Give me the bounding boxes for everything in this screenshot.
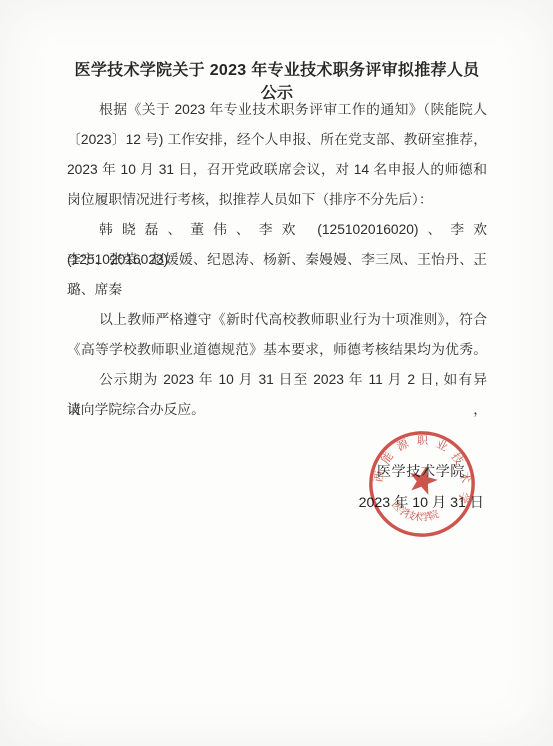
paragraph-line: 璐、席秦 — [67, 275, 487, 305]
official-seal-stamp: 陕西能源职业技术学院 医学技术学院 — [354, 416, 490, 552]
seal-inner-text: 医学技术学院 — [387, 496, 444, 529]
document-page: 医学技术学院关于 2023 年专业技术职务评审拟推荐人员公示 根据《关于 202… — [0, 0, 553, 746]
paragraph-line: 根据《关于 2023 年专业技术职务评审工作的通知》（陕能院人 — [67, 95, 487, 125]
paragraph: 公示期为 2023 年 10 月 31 日至 2023 年 11 月 2 日, … — [67, 365, 487, 425]
paragraph: 以上教师严格遵守《新时代高校教师职业行为十项准则》，符合 《高等学校教师职业道德… — [67, 305, 487, 365]
paragraph-line: 2023 年 10 月 31 日，召开党政联席会议，对 14 名申报人的师德和 — [67, 155, 487, 185]
paragraph-line: 《高等学校教师职业道德规范》基本要求，师德考核结果均为优秀。 — [67, 335, 487, 365]
paragraph-line: 岗位履职情况进行考核，拟推荐人员如下（排序不分先后）： — [67, 185, 487, 215]
document-body: 根据《关于 2023 年专业技术职务评审工作的通知》（陕能院人 〔2023〕12… — [67, 95, 487, 425]
paragraph-line: 韩晓磊、董伟、李欢 (125102016020)、李欢 (12510201602… — [67, 215, 487, 245]
paragraph-line: 〔2023〕12 号) 工作安排，经个人申报、所在党支部、教研室推荐， — [67, 125, 487, 155]
seal-graphic: 陕西能源职业技术学院 医学技术学院 — [354, 416, 490, 552]
paragraph-line: 公示期为 2023 年 10 月 31 日至 2023 年 11 月 2 日, … — [67, 365, 487, 395]
paragraph-line: 以上教师严格遵守《新时代高校教师职业行为十项准则》，符合 — [67, 305, 487, 335]
svg-text:医学技术学院: 医学技术学院 — [387, 496, 444, 529]
star-icon — [406, 463, 440, 496]
paragraph: 韩晓磊、董伟、李欢 (125102016020)、李欢 (12510201602… — [67, 215, 487, 305]
paragraph-line: 李宁、张荣、赵媛媛、纪恩涛、杨新、秦嫚嫚、李三凤、王怡丹、王 — [67, 245, 487, 275]
paragraph: 根据《关于 2023 年专业技术职务评审工作的通知》（陕能院人 〔2023〕12… — [67, 95, 487, 215]
